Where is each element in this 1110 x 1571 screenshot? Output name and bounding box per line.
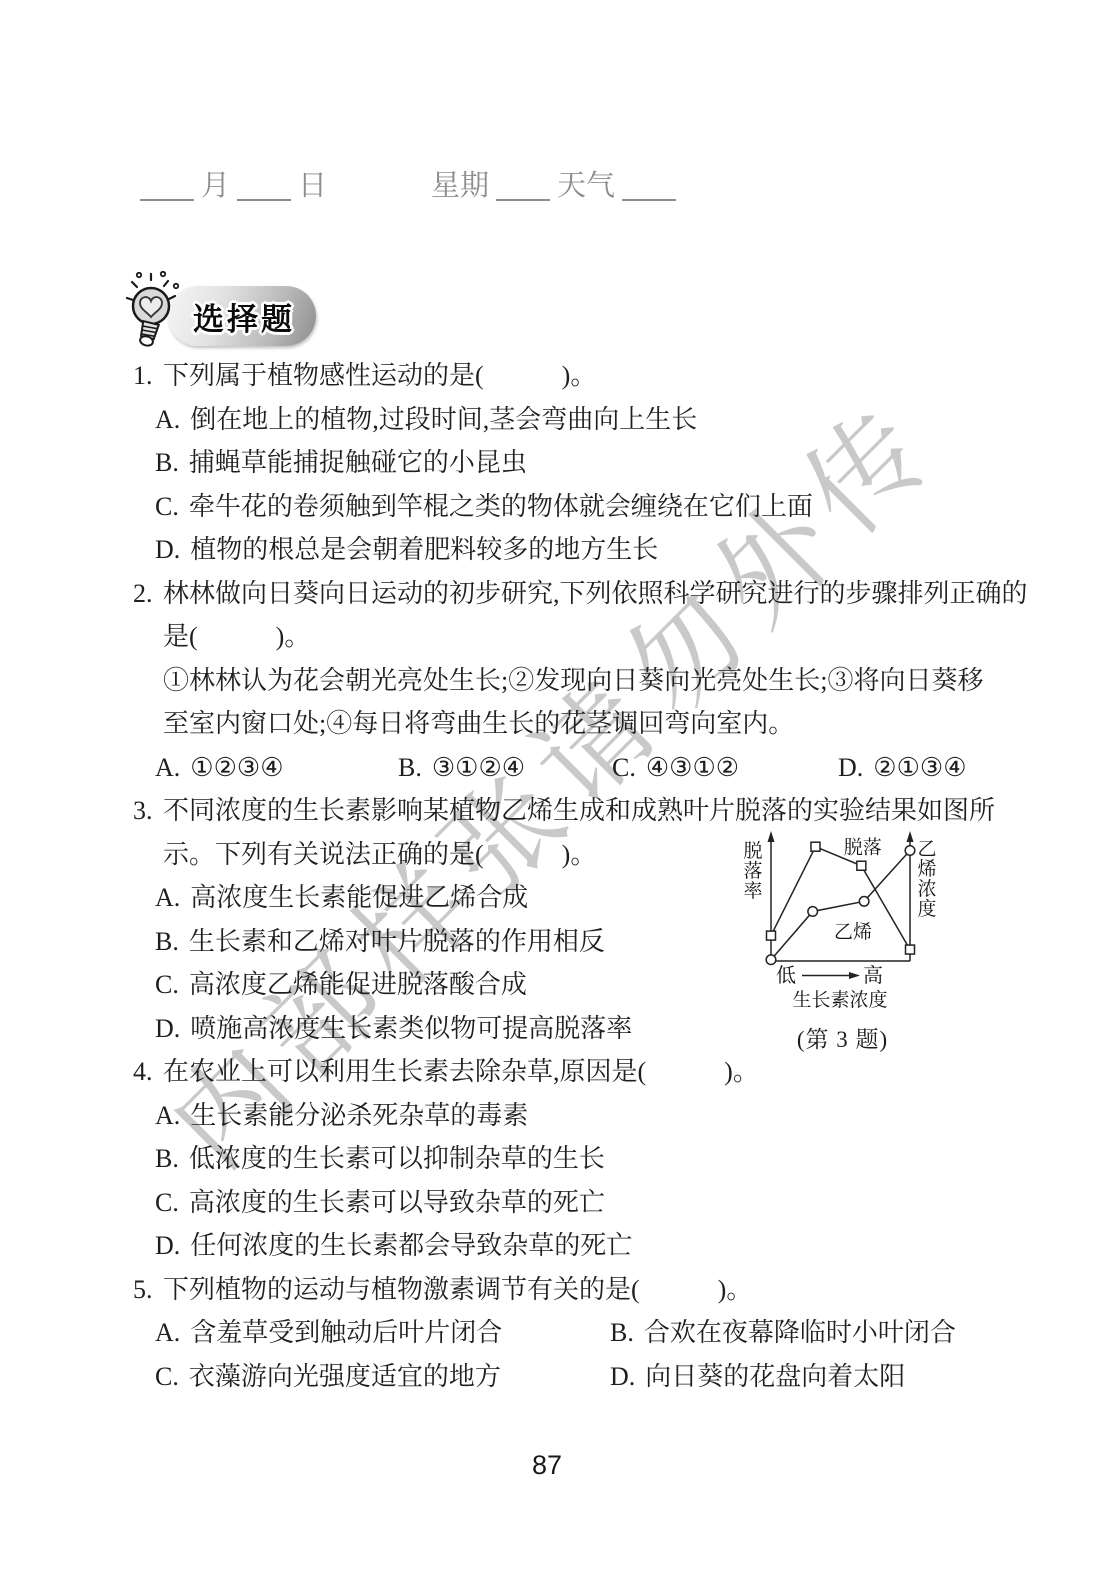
option-row: A.生长素能分泌杀死杂草的毒素 (133, 1094, 1033, 1138)
option-text: 高浓度乙烯能促进脱落酸合成 (189, 970, 527, 999)
question-stem-line: 4.在农业上可以利用生长素去除杂草,原因是( )。 (133, 1050, 1033, 1094)
option-label: B. (155, 920, 179, 964)
option-label: C. (155, 1355, 179, 1399)
option-label: C. (155, 963, 179, 1007)
option-row: C.高浓度的生长素可以导致杂草的死亡 (133, 1181, 1033, 1225)
week-blank (496, 171, 550, 201)
chart-caption: (第 3 题) (740, 1021, 945, 1054)
day-label: 日 (298, 170, 327, 202)
options-grid-row: C.衣藻游向光强度适宜的地方D.向日葵的花盘向着太阳 (133, 1355, 1033, 1399)
options-grid-row: A.含羞草受到触动后叶片闭合B.合欢在夜幕降临时小叶闭合 (133, 1311, 1033, 1355)
option-text: 倒在地上的植物,过段时间,茎会弯曲向上生长 (190, 405, 697, 434)
marker-square (857, 861, 866, 870)
question-number: 5. (133, 1268, 163, 1312)
option-text: 捕蝇草能捕捉触碰它的小昆虫 (189, 448, 527, 477)
question-4: 4.在农业上可以利用生长素去除杂草,原因是( )。A.生长素能分泌杀死杂草的毒素… (133, 1050, 1033, 1268)
right-axis-label-char: 乙 (917, 839, 936, 860)
x-high-label: 高 (863, 964, 883, 987)
option-text: 高浓度的生长素可以导致杂草的死亡 (189, 1188, 605, 1217)
option-text: 喷施高浓度生长素类似物可提高脱落率 (190, 1014, 632, 1043)
stem-text: 下列植物的运动与植物激素调节有关的是( )。 (163, 1275, 752, 1304)
option-row: D.任何浓度的生长素都会导致杂草的死亡 (133, 1224, 1033, 1268)
option-text: ④③①② (646, 753, 739, 782)
option-label: D. (155, 528, 180, 572)
lightbulb-icon (120, 268, 186, 360)
option-cell: C.④③①② (612, 746, 838, 790)
option-label: A. (155, 876, 180, 920)
weather-blank (622, 171, 676, 201)
weather-label: 天气 (557, 170, 615, 202)
marker-circle (766, 955, 776, 965)
question-number: 3. (133, 789, 163, 833)
option-label: C. (155, 1181, 179, 1225)
option-text: 生长素能分泌杀死杂草的毒素 (190, 1101, 528, 1130)
stem-text: 示。下列有关说法正确的是( )。 (163, 840, 596, 869)
question-sub-line: ①林林认为花会朝光亮处生长;②发现向日葵向光亮处生长;③将向日葵移 (133, 659, 1033, 703)
option-text: ③①②④ (432, 753, 525, 782)
left-axis-label-char: 率 (743, 880, 762, 902)
x-arrow-head (849, 972, 860, 979)
series-label: 乙烯 (834, 921, 872, 943)
x-axis-title: 生长素浓度 (792, 989, 887, 1011)
question-number: 4. (133, 1050, 163, 1094)
option-label: B. (398, 746, 422, 790)
option-cell: D.向日葵的花盘向着太阳 (610, 1355, 1033, 1399)
option-text: 生长素和乙烯对叶片脱落的作用相反 (189, 927, 605, 956)
question-stem-line: 是( )。 (133, 615, 1033, 659)
right-axis-arrow (907, 831, 914, 842)
left-axis-label-char: 落 (743, 860, 762, 882)
day-blank (237, 171, 291, 201)
option-label: A. (155, 398, 180, 442)
worksheet-page: 内部样张请勿外传 月日星期天气 选择题 (0, 0, 1110, 1571)
question-2: 2.林林做向日葵向日运动的初步研究,下列依照科学研究进行的步骤排列正确的是( )… (133, 572, 1033, 790)
option-cell: B.③①②④ (398, 746, 612, 790)
question-5: 5.下列植物的运动与植物激素调节有关的是( )。A.含羞草受到触动后叶片闭合B.… (133, 1268, 1033, 1399)
right-axis-label-char: 烯 (917, 858, 936, 880)
option-text: 植物的根总是会朝着肥料较多的地方生长 (190, 535, 658, 564)
stem-text: 下列属于植物感性运动的是( )。 (163, 361, 596, 390)
option-text: ①②③④ (190, 753, 283, 782)
option-text: 向日葵的花盘向着太阳 (645, 1362, 905, 1391)
marker-square (906, 945, 915, 954)
stem-text: 在农业上可以利用生长素去除杂草,原因是( )。 (163, 1057, 759, 1086)
option-cell: D.②①③④ (838, 746, 1033, 790)
option-row: A.倒在地上的植物,过段时间,茎会弯曲向上生长 (133, 398, 1033, 442)
month-blank (140, 171, 194, 201)
question-stem-line: 3.不同浓度的生长素影响某植物乙烯生成和成熟叶片脱落的实验结果如图所 (133, 789, 1033, 833)
stem-text: 林林做向日葵向日运动的初步研究,下列依照科学研究进行的步骤排列正确的 (163, 579, 1028, 608)
question-1: 1.下列属于植物感性运动的是( )。A.倒在地上的植物,过段时间,茎会弯曲向上生… (133, 354, 1033, 572)
question-sub-line: 至室内窗口处;④每日将弯曲生长的花茎调回弯向室内。 (133, 702, 1033, 746)
question-stem-line: 5.下列植物的运动与植物激素调节有关的是( )。 (133, 1268, 1033, 1312)
badge-pill: 选择题 (168, 286, 316, 346)
option-row: B.捕蝇草能捕捉触碰它的小昆虫 (133, 441, 1033, 485)
x-low-label: 低 (776, 964, 796, 987)
chart-svg: 脱落率乙烯浓度脱落乙烯低高生长素浓度 (740, 830, 945, 1012)
month-label: 月 (201, 170, 230, 202)
option-text: 高浓度生长素能促进乙烯合成 (190, 883, 528, 912)
options-row: A.①②③④B.③①②④C.④③①②D.②①③④ (133, 746, 1033, 790)
marker-square (767, 931, 776, 940)
option-label: D. (610, 1355, 635, 1399)
sub-text: ①林林认为花会朝光亮处生长;②发现向日葵向光亮处生长;③将向日葵移 (163, 666, 983, 695)
marker-circle (808, 907, 818, 917)
stem-text: 是( )。 (163, 622, 310, 651)
left-axis-arrow (768, 831, 775, 842)
section-badge: 选择题 (120, 268, 340, 363)
stem-text: 不同浓度的生长素影响某植物乙烯生成和成熟叶片脱落的实验结果如图所 (163, 796, 995, 825)
option-label: C. (612, 746, 636, 790)
option-label: D. (838, 746, 863, 790)
option-label: C. (155, 485, 179, 529)
option-row: B.低浓度的生长素可以抑制杂草的生长 (133, 1137, 1033, 1181)
question3-chart: 脱落率乙烯浓度脱落乙烯低高生长素浓度 (第 3 题) (740, 830, 945, 1054)
option-label: D. (155, 1224, 180, 1268)
option-label: D. (155, 1007, 180, 1051)
option-text: 含羞草受到触动后叶片闭合 (190, 1318, 502, 1347)
question-number: 2. (133, 572, 163, 616)
right-axis-label-char: 度 (917, 898, 936, 920)
option-cell: C.衣藻游向光强度适宜的地方 (155, 1355, 610, 1399)
option-row: D.植物的根总是会朝着肥料较多的地方生长 (133, 528, 1033, 572)
question-stem-line: 2.林林做向日葵向日运动的初步研究,下列依照科学研究进行的步骤排列正确的 (133, 572, 1033, 616)
option-text: 牵牛花的卷须触到竿棍之类的物体就会缠绕在它们上面 (189, 492, 813, 521)
option-label: B. (155, 1137, 179, 1181)
date-weather-line: 月日星期天气 (133, 163, 683, 204)
option-label: A. (155, 1311, 180, 1355)
page-number: 87 (0, 1450, 1094, 1481)
series-label: 脱落 (844, 837, 882, 859)
option-text: 衣藻游向光强度适宜的地方 (189, 1362, 501, 1391)
series-line-2 (771, 851, 910, 960)
option-cell: A.含羞草受到触动后叶片闭合 (155, 1311, 610, 1355)
marker-square (811, 842, 820, 851)
option-label: A. (155, 1094, 180, 1138)
option-label: A. (155, 746, 180, 790)
option-label: B. (155, 441, 179, 485)
option-cell: B.合欢在夜幕降临时小叶闭合 (610, 1311, 1033, 1355)
option-label: B. (610, 1311, 634, 1355)
option-cell: A.①②③④ (155, 746, 398, 790)
week-label: 星期 (431, 170, 489, 202)
option-text: 低浓度的生长素可以抑制杂草的生长 (189, 1144, 605, 1173)
badge-label: 选择题 (193, 294, 295, 339)
option-text: 任何浓度的生长素都会导致杂草的死亡 (190, 1231, 632, 1260)
right-axis-label-char: 浓 (917, 878, 936, 900)
marker-circle (859, 897, 869, 907)
left-axis-label-char: 脱 (743, 840, 762, 862)
option-row: C.牵牛花的卷须触到竿棍之类的物体就会缠绕在它们上面 (133, 485, 1033, 529)
option-text: ②①③④ (873, 753, 966, 782)
option-text: 合欢在夜幕降临时小叶闭合 (644, 1318, 956, 1347)
sub-text: 至室内窗口处;④每日将弯曲生长的花茎调回弯向室内。 (163, 709, 794, 738)
marker-circle (905, 846, 915, 856)
